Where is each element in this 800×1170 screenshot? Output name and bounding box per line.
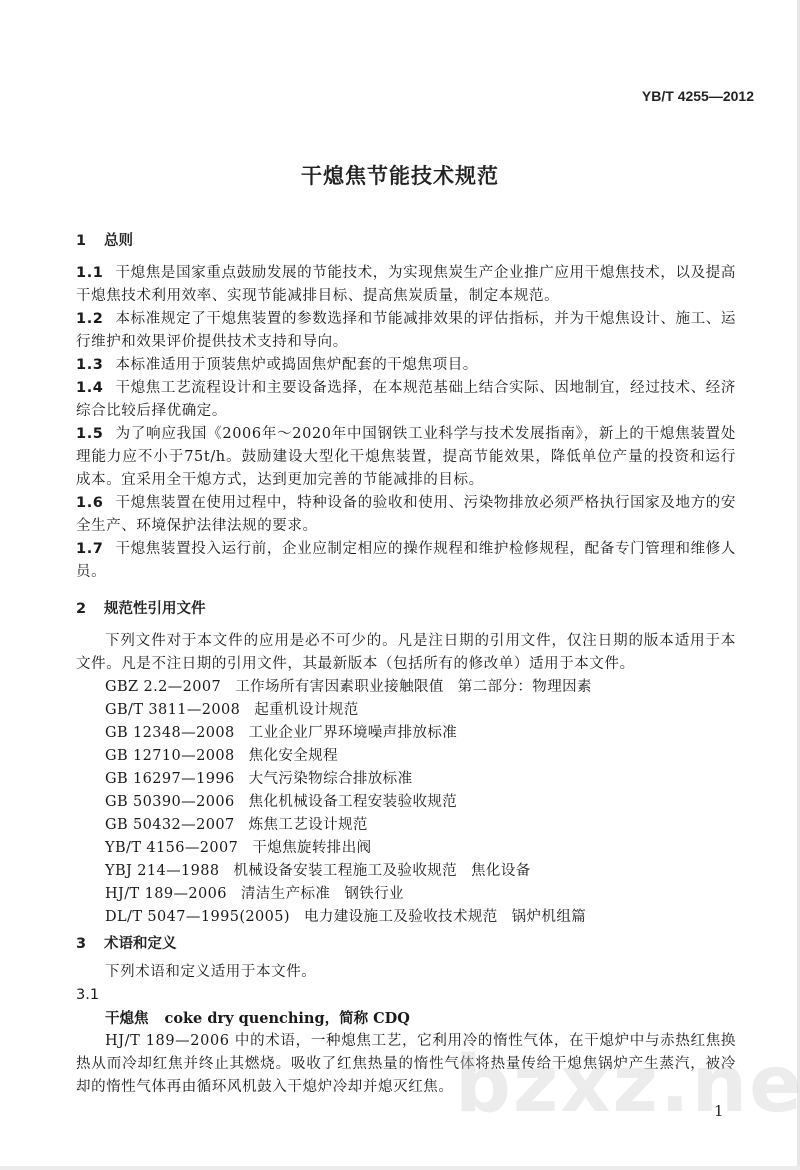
reference-item: GB/T 3811—2008起重机设计规范 [76,699,736,722]
term-definition: HJ/T 189—2006 中的术语，一种熄焦工艺，它利用冷的惰性气体，在干熄炉… [76,1030,736,1099]
section-title: 规范性引用文件 [104,601,206,617]
reference-item: GB 50390—2006焦化机械设备工程安装验收规范 [76,791,736,814]
term-english: coke dry quenching，简称 CDQ [165,1010,410,1027]
reference-title: 焦化机械设备工程安装验收规范 [249,794,458,810]
reference-title: 电力建设施工及验收技术规范 [304,909,498,925]
reference-subtitle: 焦化设备 [471,863,531,879]
section-intro: 下列术语和定义适用于本文件。 [76,961,736,984]
document-body: 1总则 1.1干熄焦是国家重点鼓励发展的节能技术，为实现焦炭生产企业推广应用干熄… [76,230,736,1099]
reference-code: GB 50432—2007 [105,817,235,833]
section-title: 术语和定义 [104,936,177,952]
clause: 1.3本标准适用于顶装焦炉或捣固焦炉配套的干熄焦项目。 [76,354,736,377]
section-title: 总则 [104,233,133,249]
reference-item: GB 50432—2007炼焦工艺设计规范 [76,814,736,837]
reference-subtitle: 第二部分：物理因素 [458,679,592,695]
reference-title: 机械设备安装工程施工及验收规范 [234,863,458,879]
reference-subtitle: 钢铁行业 [344,886,404,902]
reference-item: YBJ 214—1988机械设备安装工程施工及验收规范焦化设备 [76,860,736,883]
reference-title: 炼焦工艺设计规范 [249,817,368,833]
reference-code: HJ/T 189—2006 [105,886,227,902]
reference-item: DL/T 5047—1995(2005)电力建设施工及验收技术规范锅炉机组篇 [76,906,736,929]
clause-number: 1.1 [76,265,104,281]
clause-text: 干熄焦工艺流程设计和主要设备选择，在本规范基础上结合实际、因地制宜，经过技术、经… [76,380,736,419]
clause-text: 本标准适用于顶装焦炉或捣固焦炉配套的干熄焦项目。 [116,357,478,373]
reference-title: 工业企业厂界环境噪声排放标准 [249,725,458,741]
reference-item: GB 12710—2008焦化安全规程 [76,745,736,768]
section-number: 3 [76,933,104,955]
reference-code: GB 12710—2008 [105,748,235,764]
reference-title: 清洁生产标准 [241,886,330,902]
reference-code: YB/T 4156—2007 [105,840,238,856]
clause-number: 1.3 [76,357,104,373]
clause: 1.5为了响应我国《2006年～2020年中国钢铁工业科学与技术发展指南》，新上… [76,423,736,492]
section-heading: 3术语和定义 [76,933,736,955]
clause-number: 1.2 [76,311,104,327]
clause: 1.6干熄焦装置在使用过程中，特种设备的验收和使用、污染物排放必须严格执行国家及… [76,492,736,538]
reference-code: GB 12348—2008 [105,725,235,741]
clause-text: 本标准规定了干熄焦装置的参数选择和节能减排效果的评估指标，并为干熄焦设计、施工、… [76,311,736,350]
reference-subtitle: 锅炉机组篇 [512,909,587,925]
reference-code: GB 16297—1996 [105,771,235,787]
reference-item: GB 12348—2008工业企业厂界环境噪声排放标准 [76,722,736,745]
section-number: 1 [76,230,104,252]
reference-item: GBZ 2.2—2007工作场所有害因素职业接触限值第二部分：物理因素 [76,676,736,699]
reference-code: GB 50390—2006 [105,794,235,810]
section-intro: 下列文件对于本文件的应用是必不可少的。凡是注日期的引用文件，仅注日期的版本适用于… [76,630,736,676]
clause-number: 1.6 [76,495,104,511]
term-number: 3.1 [76,984,736,1007]
clause-text: 干熄焦装置投入运行前，企业应制定相应的操作规程和维护检修规程，配备专门管理和维修… [76,541,736,580]
reference-item: YB/T 4156—2007干熄焦旋转排出阀 [76,837,736,860]
section-number: 2 [76,598,104,620]
standard-number: YB/T 4255—2012 [642,88,754,104]
clause: 1.2本标准规定了干熄焦装置的参数选择和节能减排效果的评估指标，并为干熄焦设计、… [76,308,736,354]
term-chinese: 干熄焦 [105,1010,149,1027]
clause-text: 干熄焦装置在使用过程中，特种设备的验收和使用、污染物排放必须严格执行国家及地方的… [76,495,736,534]
clause-number: 1.4 [76,380,104,396]
section-heading: 1总则 [76,230,736,252]
reference-title: 工作场所有害因素职业接触限值 [235,679,444,695]
reference-code: YBJ 214—1988 [105,863,220,879]
clause-text: 为了响应我国《2006年～2020年中国钢铁工业科学与技术发展指南》，新上的干熄… [76,426,736,488]
reference-code: GBZ 2.2—2007 [105,679,221,695]
clause-number: 1.7 [76,541,104,557]
clause: 1.7干熄焦装置投入运行前，企业应制定相应的操作规程和维护检修规程，配备专门管理… [76,538,736,584]
page-number: 1 [714,1102,724,1120]
reference-code: DL/T 5047—1995(2005) [105,909,290,925]
reference-code: GB/T 3811—2008 [105,702,240,718]
reference-item: GB 16297—1996大气污染物综合排放标准 [76,768,736,791]
clause: 1.4干熄焦工艺流程设计和主要设备选择，在本规范基础上结合实际、因地制宜，经过技… [76,377,736,423]
term-heading: 干熄焦coke dry quenching，简称 CDQ [76,1007,736,1030]
clause-number: 1.5 [76,426,104,442]
section-heading: 2规范性引用文件 [76,598,736,620]
reference-title: 大气污染物综合排放标准 [249,771,413,787]
reference-title: 干熄焦旋转排出阀 [252,840,371,856]
document-title: 干熄焦节能技术规范 [0,160,800,190]
reference-title: 起重机设计规范 [254,702,358,718]
reference-title: 焦化安全规程 [249,748,338,764]
page-edge [0,1166,800,1170]
clause-text: 干熄焦是国家重点鼓励发展的节能技术，为实现焦炭生产企业推广应用干熄焦技术，以及提… [76,265,736,304]
reference-item: HJ/T 189—2006清洁生产标准钢铁行业 [76,883,736,906]
clause: 1.1干熄焦是国家重点鼓励发展的节能技术，为实现焦炭生产企业推广应用干熄焦技术，… [76,262,736,308]
